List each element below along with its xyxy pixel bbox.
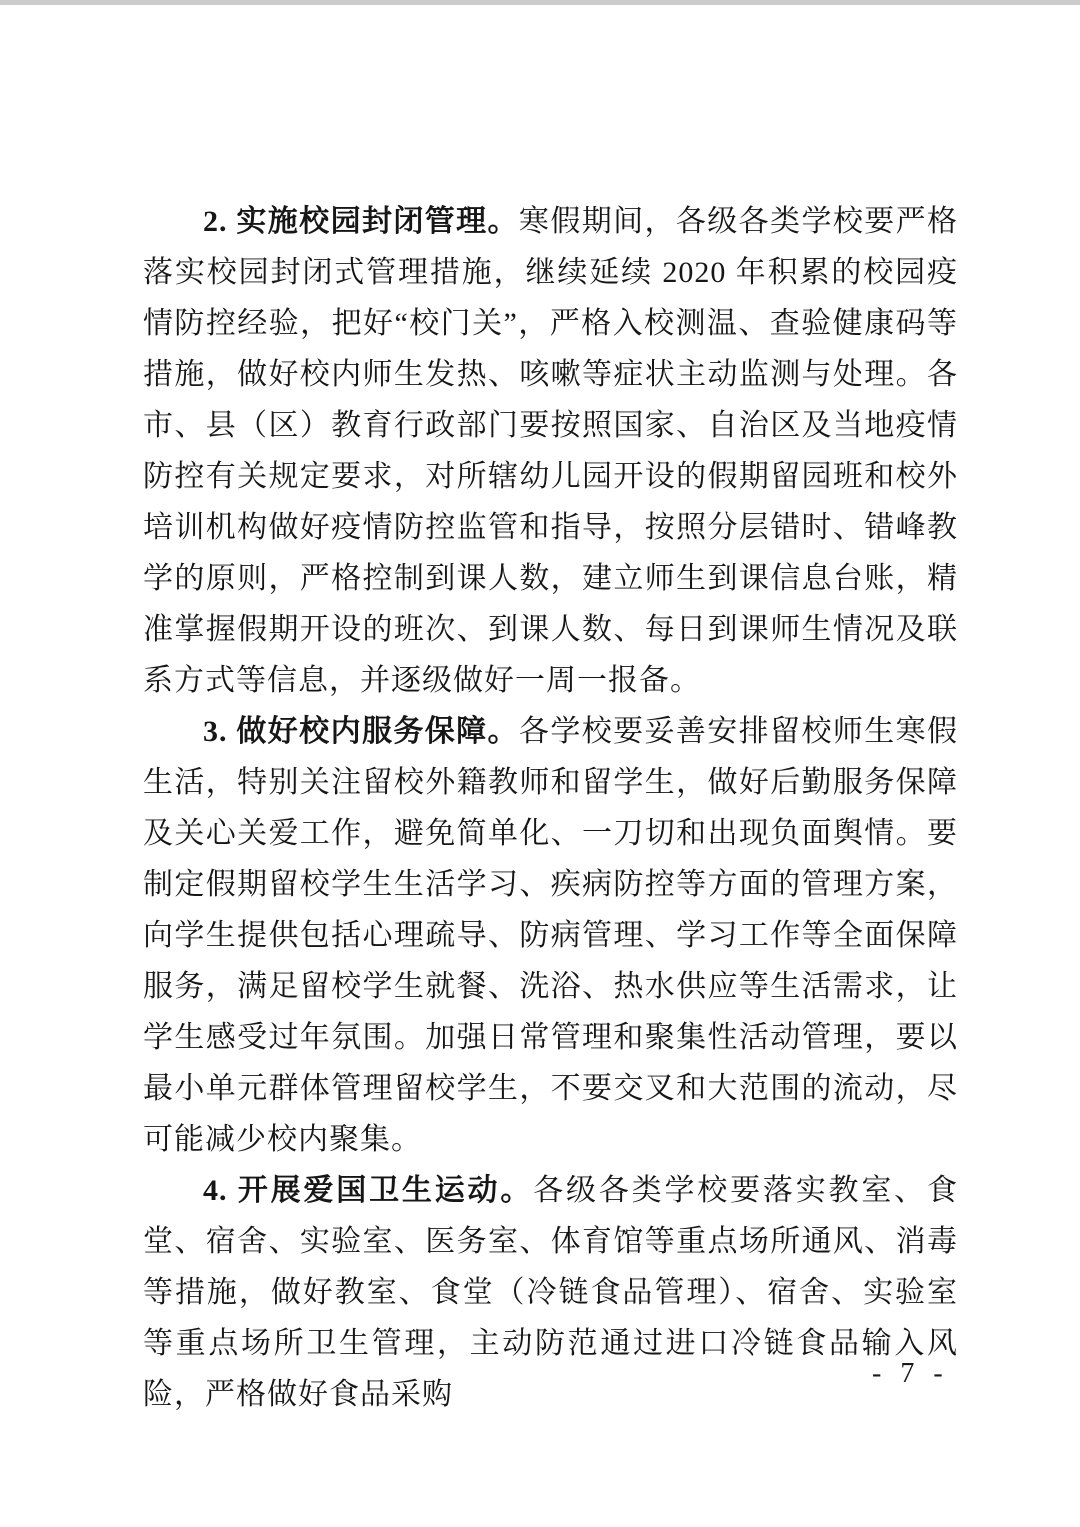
paragraph-text: 各学校要妥善安排留校师生寒假生活，特别关注留校外籍教师和留学生，做好后勤服务保障… [143, 715, 958, 1156]
document-page: 2. 实施校园封闭管理。寒假期间，各级各类学校要严格落实校园封闭式管理措施，继续… [0, 0, 1080, 1527]
paragraph-text: 各级各类学校要落实教室、食堂、宿舍、实验室、医务室、体育馆等重点场所通风、消毒等… [143, 1174, 958, 1411]
paragraph-campus-service-support: 3. 做好校内服务保障。各学校要妥善安排留校师生寒假生活，特别关注留校外籍教师和… [143, 706, 958, 1165]
paragraph-patriotic-health-campaign: 4. 开展爱国卫生运动。各级各类学校要落实教室、食堂、宿舍、实验室、医务室、体育… [143, 1165, 958, 1420]
paragraph-campus-closed-management: 2. 实施校园封闭管理。寒假期间，各级各类学校要严格落实校园封闭式管理措施，继续… [143, 196, 958, 706]
paragraph-heading: 2. 实施校园封闭管理。 [203, 205, 519, 238]
page-number: - 7 - [872, 1358, 949, 1390]
paragraph-heading: 4. 开展爱国卫生运动。 [203, 1174, 533, 1207]
paragraph-text: 寒假期间，各级各类学校要严格落实校园封闭式管理措施，继续延续 2020 年积累的… [143, 205, 958, 697]
paragraph-heading: 3. 做好校内服务保障。 [203, 715, 519, 748]
document-body: 2. 实施校园封闭管理。寒假期间，各级各类学校要严格落实校园封闭式管理措施，继续… [143, 196, 958, 1420]
scan-edge-artifact [0, 0, 1080, 5]
